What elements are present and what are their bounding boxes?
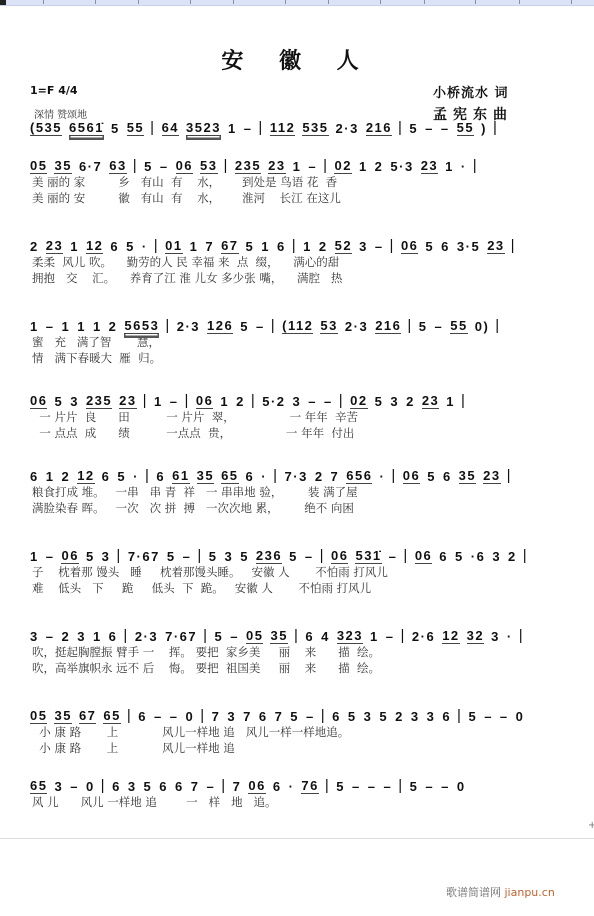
- notation-line: 22311265·|011767516|12523–|06563·523|: [30, 236, 550, 254]
- lyric-verse-1: 小 康 路 上 风儿一样地 追 风儿一样一样地追。: [32, 724, 550, 740]
- sustain-dash: –: [206, 779, 215, 794]
- note-group: 1: [190, 239, 199, 254]
- note-group: 6·7: [79, 159, 102, 174]
- lyric-verse-2: 拥抱 交 汇。 养育了江 淮 儿女 多少张 嘴， 满腔 热: [32, 270, 550, 286]
- lyric-verse-2: 满脸染春 晖。 一次 次 拼 搏 一次次地 累， 绝不 向困: [32, 500, 550, 516]
- barline: |: [251, 392, 256, 409]
- note-group: 1: [70, 239, 79, 254]
- note-group: 1: [30, 549, 39, 564]
- barline: |: [507, 467, 512, 484]
- watermark: 歌谱简谱网 jianpu.cn: [446, 884, 555, 900]
- lyric-verse-2: 难 低头 下 跪 低头 下 跪。 安徽 人 不怕雨 打风儿: [32, 580, 550, 596]
- note-group: 06: [61, 548, 78, 564]
- note-group: 06: [403, 468, 420, 484]
- note-group: 2·3: [135, 629, 158, 644]
- note-group: 6: [259, 709, 268, 724]
- note-group: 1: [93, 319, 102, 334]
- note-group: 5: [240, 549, 249, 564]
- key-signature: 1=F 4/4: [30, 84, 78, 97]
- note-group: 3523: [186, 120, 221, 136]
- note-group: 7: [243, 709, 252, 724]
- lyric-verse-2: 美 丽的 安 徽 有山 有 水， 淮河 长江 在这儿: [32, 190, 550, 206]
- note-group: 6: [443, 469, 452, 484]
- note-group: 35: [54, 158, 71, 174]
- note-group: 7: [331, 469, 340, 484]
- note-group: 2: [508, 549, 517, 564]
- note-group: ·: [461, 159, 467, 174]
- sustain-dash: –: [484, 709, 493, 724]
- note-group: 5: [425, 239, 434, 254]
- sustain-dash: –: [46, 319, 55, 334]
- note-group: 1: [220, 394, 229, 409]
- note-group: 323: [337, 628, 363, 644]
- note-group: 2: [61, 629, 70, 644]
- note-group: 02: [350, 393, 367, 409]
- note-group: 3·5: [457, 239, 480, 254]
- note-group: 6: [112, 779, 121, 794]
- note-group: 05: [30, 708, 47, 724]
- note-group: 6: [439, 549, 448, 564]
- note-group: 535: [302, 120, 328, 136]
- note-group: 6: [109, 629, 118, 644]
- barline: |: [457, 707, 462, 724]
- note-group: 5: [419, 319, 428, 334]
- notation-line: 05356·763|5–0653|235231–|02125·3231·|: [30, 156, 550, 174]
- notation-line: 653–0|635667–|7066·76|5–––|5––0: [30, 776, 550, 794]
- lyric-verse-2: 小 康 路 上 风儿一样地 追: [32, 740, 550, 756]
- note-group: 67: [221, 238, 238, 254]
- note-group: ·: [507, 629, 513, 644]
- note-group: 5: [215, 629, 224, 644]
- note-group: 35: [54, 708, 71, 724]
- note-group: 656: [346, 468, 372, 484]
- lyric-verse-1: 吹，挺起胸膛振 臂手 一 挥。 要把 家乡美 丽 来 描 绘。: [32, 644, 550, 660]
- ruler-corner: [0, 0, 6, 5]
- note-group: 4: [321, 629, 330, 644]
- note-group: 7: [233, 779, 242, 794]
- note-group: 61: [172, 468, 189, 484]
- barline: |: [294, 627, 299, 644]
- note-group: ·: [289, 779, 295, 794]
- note-group: 1: [228, 121, 237, 136]
- note-group: 6: [138, 709, 147, 724]
- note-group: 76: [301, 778, 318, 794]
- note-group: 216: [366, 120, 392, 136]
- ruler-tick: [95, 0, 96, 4]
- barline: |: [143, 392, 148, 409]
- barline: |: [403, 547, 408, 564]
- score-system: 065323523|1–|0612|5·23––|02532231| 一 片片 …: [30, 391, 550, 441]
- sustain-dash: –: [46, 629, 55, 644]
- barline: |: [495, 317, 500, 334]
- barline: |: [258, 119, 263, 136]
- barline: |: [511, 237, 516, 254]
- barline: |: [323, 157, 328, 174]
- notation-line: 1–0653|7·675–|5352365–|06531̇–|0665·632|: [30, 546, 550, 564]
- note-group: 2: [236, 394, 245, 409]
- note-group: ): [481, 121, 487, 136]
- barline: |: [321, 707, 326, 724]
- score-system: 3–2316|2·37·67|5–0535|643231–|2·612323·|…: [30, 626, 550, 676]
- note-group: 126: [207, 318, 233, 334]
- ruler-tick: [571, 0, 572, 4]
- note-group: 23: [421, 158, 438, 174]
- note-group: 6: [441, 239, 450, 254]
- sustain-dash: –: [425, 121, 434, 136]
- barline: |: [398, 777, 403, 794]
- note-group: 6561̇: [69, 120, 104, 136]
- note-group: 1: [359, 159, 368, 174]
- note-group: 35: [270, 628, 287, 644]
- note-group: 3: [491, 629, 500, 644]
- score-system: 653–0|635667–|7066·76|5–––|5––0风 儿 风儿 一样…: [30, 776, 550, 810]
- score-system: (5356561̇555|6435231–|1125352·3216|5––55…: [30, 118, 550, 136]
- barline: |: [101, 777, 106, 794]
- note-group: 0: [457, 779, 466, 794]
- note-group: 5: [209, 549, 218, 564]
- score-system: 1–0653|7·675–|5352365–|06531̇–|0665·632|…: [30, 546, 550, 596]
- notation-line: 3–2316|2·37·67|5–0535|643231–|2·612323·|: [30, 626, 550, 644]
- note-group: 1: [293, 159, 302, 174]
- note-group: 67: [79, 708, 96, 724]
- sustain-dash: –: [441, 779, 450, 794]
- sustain-dash: –: [308, 394, 317, 409]
- note-group: 5: [240, 319, 249, 334]
- note-group: 53: [200, 158, 217, 174]
- barline: |: [325, 777, 330, 794]
- note-group: 0: [86, 779, 95, 794]
- note-group: 1: [61, 319, 70, 334]
- note-group: 1: [93, 629, 102, 644]
- note-group: 3: [70, 394, 79, 409]
- note-group: 65: [30, 778, 47, 794]
- note-group: 7: [205, 239, 214, 254]
- barline: |: [150, 119, 155, 136]
- barline: |: [197, 547, 202, 564]
- note-group: ·: [261, 469, 267, 484]
- sustain-dash: –: [375, 239, 384, 254]
- barline: |: [401, 627, 406, 644]
- barline: |: [154, 237, 159, 254]
- note-group: 6: [159, 779, 168, 794]
- lyric-verse-2: 一 点点 成 绩 一点点 贵， 一 年年 付出: [32, 425, 550, 441]
- sustain-dash: –: [352, 779, 361, 794]
- sustain-dash: –: [256, 319, 265, 334]
- note-group: 5: [86, 549, 95, 564]
- note-group: 06: [331, 548, 348, 564]
- note-group: 6: [102, 469, 111, 484]
- barline: |: [203, 627, 208, 644]
- page-marker-icon: +: [588, 820, 594, 831]
- note-group: 52: [335, 238, 352, 254]
- note-group: 2: [375, 159, 384, 174]
- barline: |: [320, 547, 325, 564]
- sustain-dash: –: [70, 779, 79, 794]
- lyric-verse-1: 蜜 充 满了智 慧，: [32, 334, 550, 350]
- note-group: 5: [409, 121, 418, 136]
- note-group: 7: [212, 709, 221, 724]
- note-group: 1: [77, 319, 86, 334]
- score-system: 05356765|6––0|737675–|65352336|5––0 小 康 …: [30, 706, 550, 756]
- barline: |: [493, 119, 498, 136]
- barline: |: [133, 157, 138, 174]
- note-group: 23: [46, 238, 63, 254]
- score-system: 1–11125653|2·31265–|(112532·3216|5–550)|…: [30, 316, 550, 366]
- note-group: 5: [290, 709, 299, 724]
- note-group: 531̇: [355, 548, 381, 564]
- note-group: 5·2: [262, 394, 285, 409]
- note-group: 65: [103, 708, 120, 724]
- note-group: 2: [319, 239, 328, 254]
- note-group: 3: [77, 629, 86, 644]
- sustain-dash: –: [230, 629, 239, 644]
- barline: |: [271, 317, 276, 334]
- note-group: 5: [144, 159, 153, 174]
- note-group: 53: [320, 318, 337, 334]
- ruler-tick: [190, 0, 191, 4]
- ruler-tick: [424, 0, 425, 4]
- note-group: 6: [156, 469, 165, 484]
- note-group: ·: [379, 469, 385, 484]
- note-group: 3: [224, 549, 233, 564]
- note-group: 5: [348, 709, 357, 724]
- note-group: 3: [427, 709, 436, 724]
- note-group: 55: [450, 318, 467, 334]
- sheet-music-page: 安 徽 人 1=F 4/4 深情 赞颂地 小桥流水 词 孟宪东曲 (535656…: [0, 6, 594, 839]
- note-group: 23: [483, 468, 500, 484]
- lyricist-credit: 小桥流水 词: [433, 82, 509, 101]
- note-group: 55: [127, 120, 144, 136]
- note-group: 3: [411, 709, 420, 724]
- sustain-dash: –: [305, 549, 314, 564]
- note-group: 5: [246, 239, 255, 254]
- note-group: (112: [282, 318, 313, 334]
- barline: |: [123, 627, 128, 644]
- lyric-verse-1: 美 丽的 家 乡 有山 有 水， 到处是 鸟语 花 香: [32, 174, 550, 190]
- note-group: 02: [334, 158, 351, 174]
- note-group: 1: [445, 159, 454, 174]
- barline: |: [339, 392, 344, 409]
- barline: |: [116, 547, 121, 564]
- note-group: 05: [30, 158, 47, 174]
- note-group: 3: [30, 629, 39, 644]
- barline: |: [184, 392, 189, 409]
- barline: |: [292, 237, 297, 254]
- note-group: 2: [395, 709, 404, 724]
- note-group: 5: [427, 469, 436, 484]
- ruler-tick: [328, 0, 329, 4]
- note-group: 32: [467, 628, 484, 644]
- note-group: 6: [110, 239, 119, 254]
- sustain-dash: –: [435, 319, 444, 334]
- barline: |: [273, 467, 278, 484]
- sustain-dash: –: [308, 159, 317, 174]
- note-group: 6: [273, 779, 282, 794]
- barline: |: [473, 157, 478, 174]
- note-group: 7·67: [165, 629, 197, 644]
- note-group: 1: [303, 239, 312, 254]
- note-group: 0): [475, 319, 490, 334]
- note-group: 3: [293, 394, 302, 409]
- note-group: 63: [109, 158, 126, 174]
- barline: |: [127, 707, 132, 724]
- note-group: 7: [275, 709, 284, 724]
- note-group: 2·6: [412, 629, 435, 644]
- sustain-dash: –: [386, 629, 395, 644]
- note-group: 05: [246, 628, 263, 644]
- note-group: 06: [415, 548, 432, 564]
- note-group: 5: [379, 709, 388, 724]
- note-group: 06: [248, 778, 265, 794]
- lyric-verse-2: 吹，高举旗帜永 远不 后 悔。 要把 祖国美 丽 来 描 绘。: [32, 660, 550, 676]
- note-group: 5: [167, 549, 176, 564]
- note-group: ·: [142, 239, 148, 254]
- watermark-site: jianpu.cn: [505, 886, 555, 899]
- note-group: 7·3: [285, 469, 308, 484]
- note-group: 5: [54, 394, 63, 409]
- note-group: 6: [305, 629, 314, 644]
- sustain-dash: –: [160, 159, 169, 174]
- note-group: 06: [196, 393, 213, 409]
- watermark-label: 歌谱简谱网: [446, 886, 501, 899]
- note-group: 5·3: [390, 159, 413, 174]
- barline: |: [145, 467, 150, 484]
- song-title: 安 徽 人: [0, 44, 594, 75]
- note-group: 2·3: [336, 121, 359, 136]
- notation-line: 6121265·|66135656·|7·327656·|06563523|: [30, 466, 550, 484]
- note-group: 65: [221, 468, 238, 484]
- note-group: 64: [162, 120, 179, 136]
- ruler-tick: [285, 0, 286, 4]
- sustain-dash: –: [441, 121, 450, 136]
- note-group: 2: [109, 319, 118, 334]
- note-group: 12: [77, 468, 94, 484]
- note-group: 01: [165, 238, 182, 254]
- lyric-verse-1: 一 片片 良 田 一 片片 翠， 一 年年 辛苦: [32, 409, 550, 425]
- note-group: 3: [359, 239, 368, 254]
- sustain-dash: –: [46, 549, 55, 564]
- barline: |: [391, 467, 396, 484]
- note-group: 12: [86, 238, 103, 254]
- note-group: 2: [406, 394, 415, 409]
- note-group: 55: [457, 120, 474, 136]
- ruler-tick: [519, 0, 520, 4]
- note-group: 35: [459, 468, 476, 484]
- ruler-tick: [43, 0, 44, 4]
- sustain-dash: –: [183, 549, 192, 564]
- barline: |: [221, 777, 226, 794]
- note-group: 5: [468, 709, 477, 724]
- barline: |: [461, 392, 466, 409]
- barline: |: [398, 119, 403, 136]
- note-group: 23: [422, 393, 439, 409]
- barline: |: [407, 317, 412, 334]
- sustain-dash: –: [170, 709, 179, 724]
- note-group: 6: [332, 709, 341, 724]
- note-group: 2·3: [177, 319, 200, 334]
- note-group: 2: [30, 239, 39, 254]
- note-group: 7: [191, 779, 200, 794]
- sustain-dash: –: [425, 779, 434, 794]
- note-group: 5653: [124, 318, 159, 334]
- note-group: 06: [30, 393, 47, 409]
- note-group: 5: [455, 549, 464, 564]
- lyric-verse-1: 粮食打成 堆。 一串 串 青 祥 一 串串地 验， 装 满了屋: [32, 484, 550, 500]
- note-group: 1: [446, 394, 455, 409]
- note-group: 5: [336, 779, 345, 794]
- note-group: 23: [487, 238, 504, 254]
- sustain-dash: –: [383, 779, 392, 794]
- note-group: 3: [364, 709, 373, 724]
- lyric-verse-1: 子 枕着那 馒头 睡 枕着那馒头睡。 安徽 人 不怕雨 打风儿: [32, 564, 550, 580]
- note-group: 1: [370, 629, 379, 644]
- note-group: 3: [227, 709, 236, 724]
- note-group: 6: [175, 779, 184, 794]
- note-group: 5: [375, 394, 384, 409]
- notation-line: 1–11125653|2·31265–|(112532·3216|5–550)|: [30, 316, 550, 334]
- note-group: 2·3: [345, 319, 368, 334]
- note-group: (535: [30, 120, 62, 136]
- note-group: 3: [128, 779, 137, 794]
- notation-line: 05356765|6––0|737675–|65352336|5––0: [30, 706, 550, 724]
- notation-line: 065323523|1–|0612|5·23––|02532231|: [30, 391, 550, 409]
- note-group: 2: [61, 469, 70, 484]
- note-group: 1: [30, 319, 39, 334]
- score-system: 6121265·|66135656·|7·327656·|06563523|粮食…: [30, 466, 550, 516]
- note-group: 1: [261, 239, 270, 254]
- barline: |: [224, 157, 229, 174]
- note-group: 5: [410, 779, 419, 794]
- notation-line: (5356561̇555|6435231–|1125352·3216|5––55…: [30, 118, 550, 136]
- note-group: 3: [492, 549, 501, 564]
- ruler-tick: [138, 0, 139, 4]
- note-group: 7·67: [128, 549, 160, 564]
- note-group: 0: [185, 709, 194, 724]
- note-group: 5: [126, 239, 135, 254]
- note-group: 3: [102, 549, 111, 564]
- barline: |: [165, 317, 170, 334]
- note-group: ·: [133, 469, 139, 484]
- note-group: 12: [442, 628, 459, 644]
- lyric-verse-1: 柔柔 风儿 吹。 勤劳的人 民 幸福 来 点 缀， 满心的甜: [32, 254, 550, 270]
- note-group: 35: [197, 468, 214, 484]
- note-group: 5: [289, 549, 298, 564]
- sustain-dash: –: [368, 779, 377, 794]
- ruler-tick: [475, 0, 476, 4]
- note-group: 06: [401, 238, 418, 254]
- score-system: 22311265·|011767516|12523–|06563·523|柔柔 …: [30, 236, 550, 286]
- barline: |: [523, 547, 528, 564]
- sustain-dash: –: [324, 394, 333, 409]
- lyric-verse-2: 情 满下春暖大 雁 归。: [32, 350, 550, 366]
- note-group: 5: [117, 469, 126, 484]
- note-group: 112: [270, 120, 295, 136]
- score-system: 05356·763|5–0653|235231–|02125·3231·|美 丽…: [30, 156, 550, 206]
- note-group: 23: [119, 393, 136, 409]
- sustain-dash: –: [500, 709, 509, 724]
- sustain-dash: –: [244, 121, 253, 136]
- barline: |: [519, 627, 524, 644]
- note-group: 5: [111, 121, 120, 136]
- note-group: 5: [144, 779, 153, 794]
- note-group: ·6: [471, 549, 486, 564]
- barline: |: [200, 707, 205, 724]
- note-group: 6: [30, 469, 39, 484]
- note-group: 0: [516, 709, 525, 724]
- sustain-dash: –: [170, 394, 179, 409]
- note-group: 216: [375, 318, 401, 334]
- note-group: 6: [246, 469, 255, 484]
